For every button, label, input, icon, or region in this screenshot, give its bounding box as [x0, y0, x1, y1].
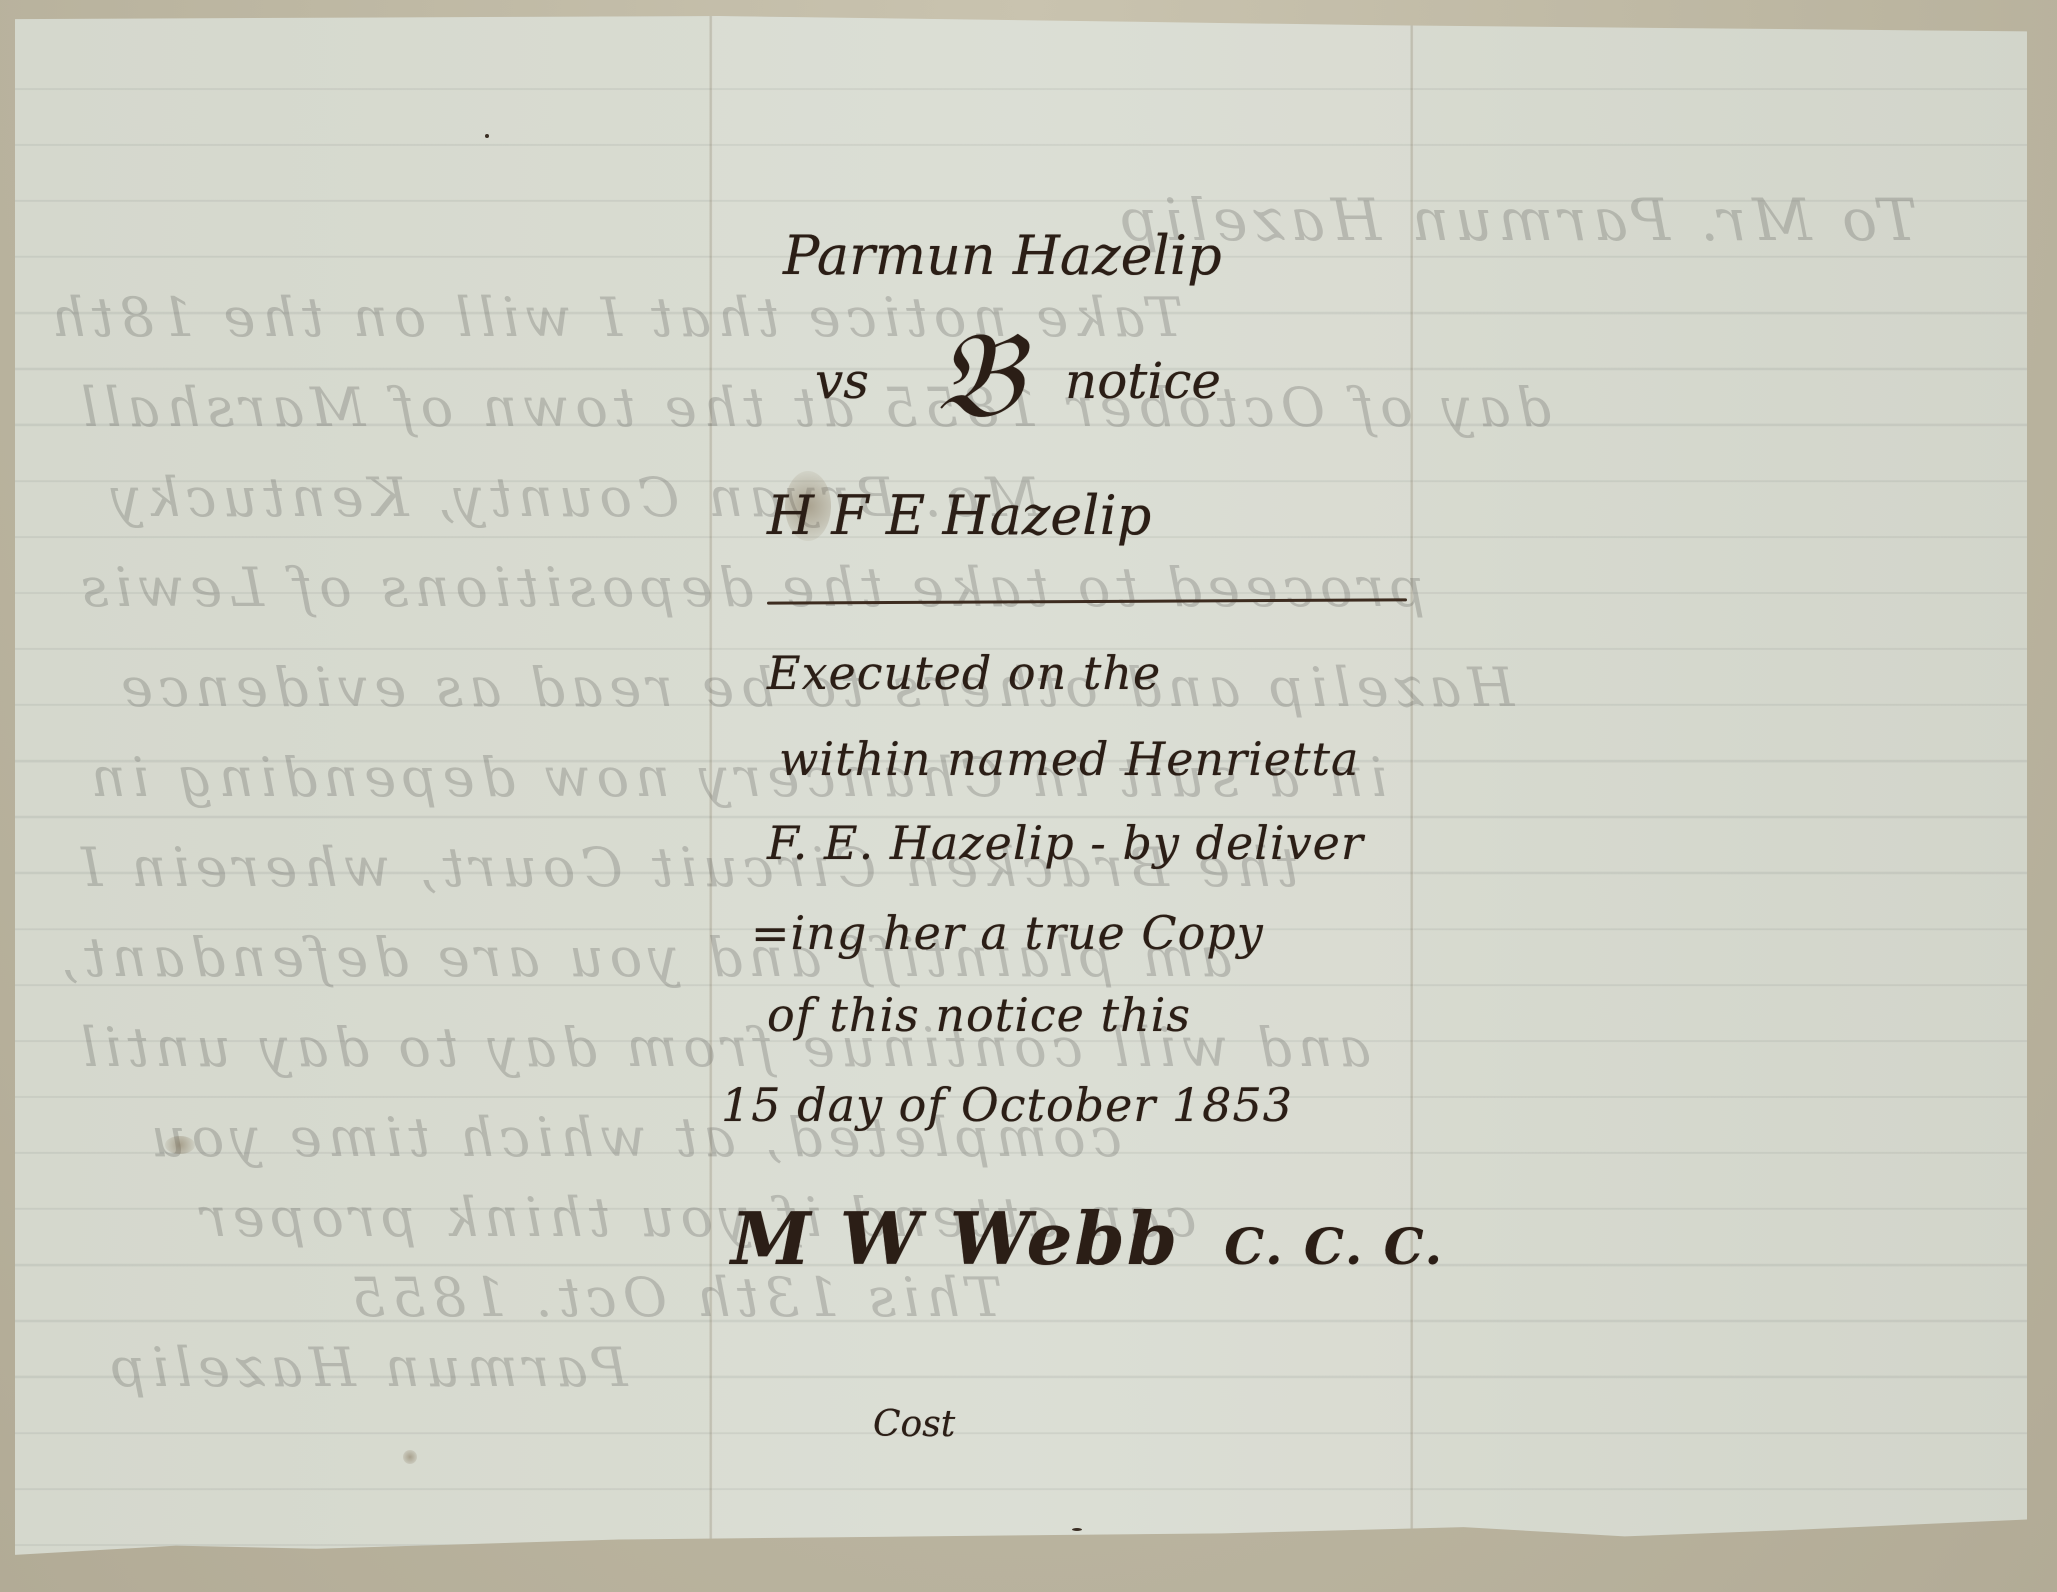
service-line: =ing her a true Copy: [751, 906, 1264, 960]
signature-title: C. C. C.: [1224, 1217, 1444, 1276]
signature-name: M W Webb: [731, 1196, 1179, 1281]
ink-stain: [165, 1136, 195, 1154]
service-line: of this notice this: [767, 988, 1191, 1042]
service-date-line: 15 day of October 1853: [721, 1078, 1293, 1132]
fold-line-right: [1410, 16, 1414, 1558]
caption-brace: 𝔅: [935, 316, 1022, 436]
cost-note: Cost: [873, 1404, 955, 1445]
paper-speck: [1072, 1528, 1082, 1531]
versus-label: vs: [815, 352, 869, 410]
service-line: F. E. Hazelip - by deliver: [767, 816, 1364, 870]
officer-signature: M W Webb C. C. C.: [731, 1196, 1444, 1281]
service-line: Executed on the: [767, 646, 1161, 700]
document-sheet: To Mr. Parmun Hazelip Take notice that I…: [15, 16, 2027, 1558]
plaintiff-name: Parmun Hazelip: [783, 224, 1222, 287]
document-kind-label: notice: [1065, 352, 1221, 410]
fold-line-left: [709, 16, 713, 1558]
paper-stain: [403, 1450, 417, 1464]
service-line: within named Henrietta: [779, 732, 1359, 786]
defendant-name: H F E Hazelip: [767, 484, 1151, 547]
paper-speck: [485, 134, 489, 138]
